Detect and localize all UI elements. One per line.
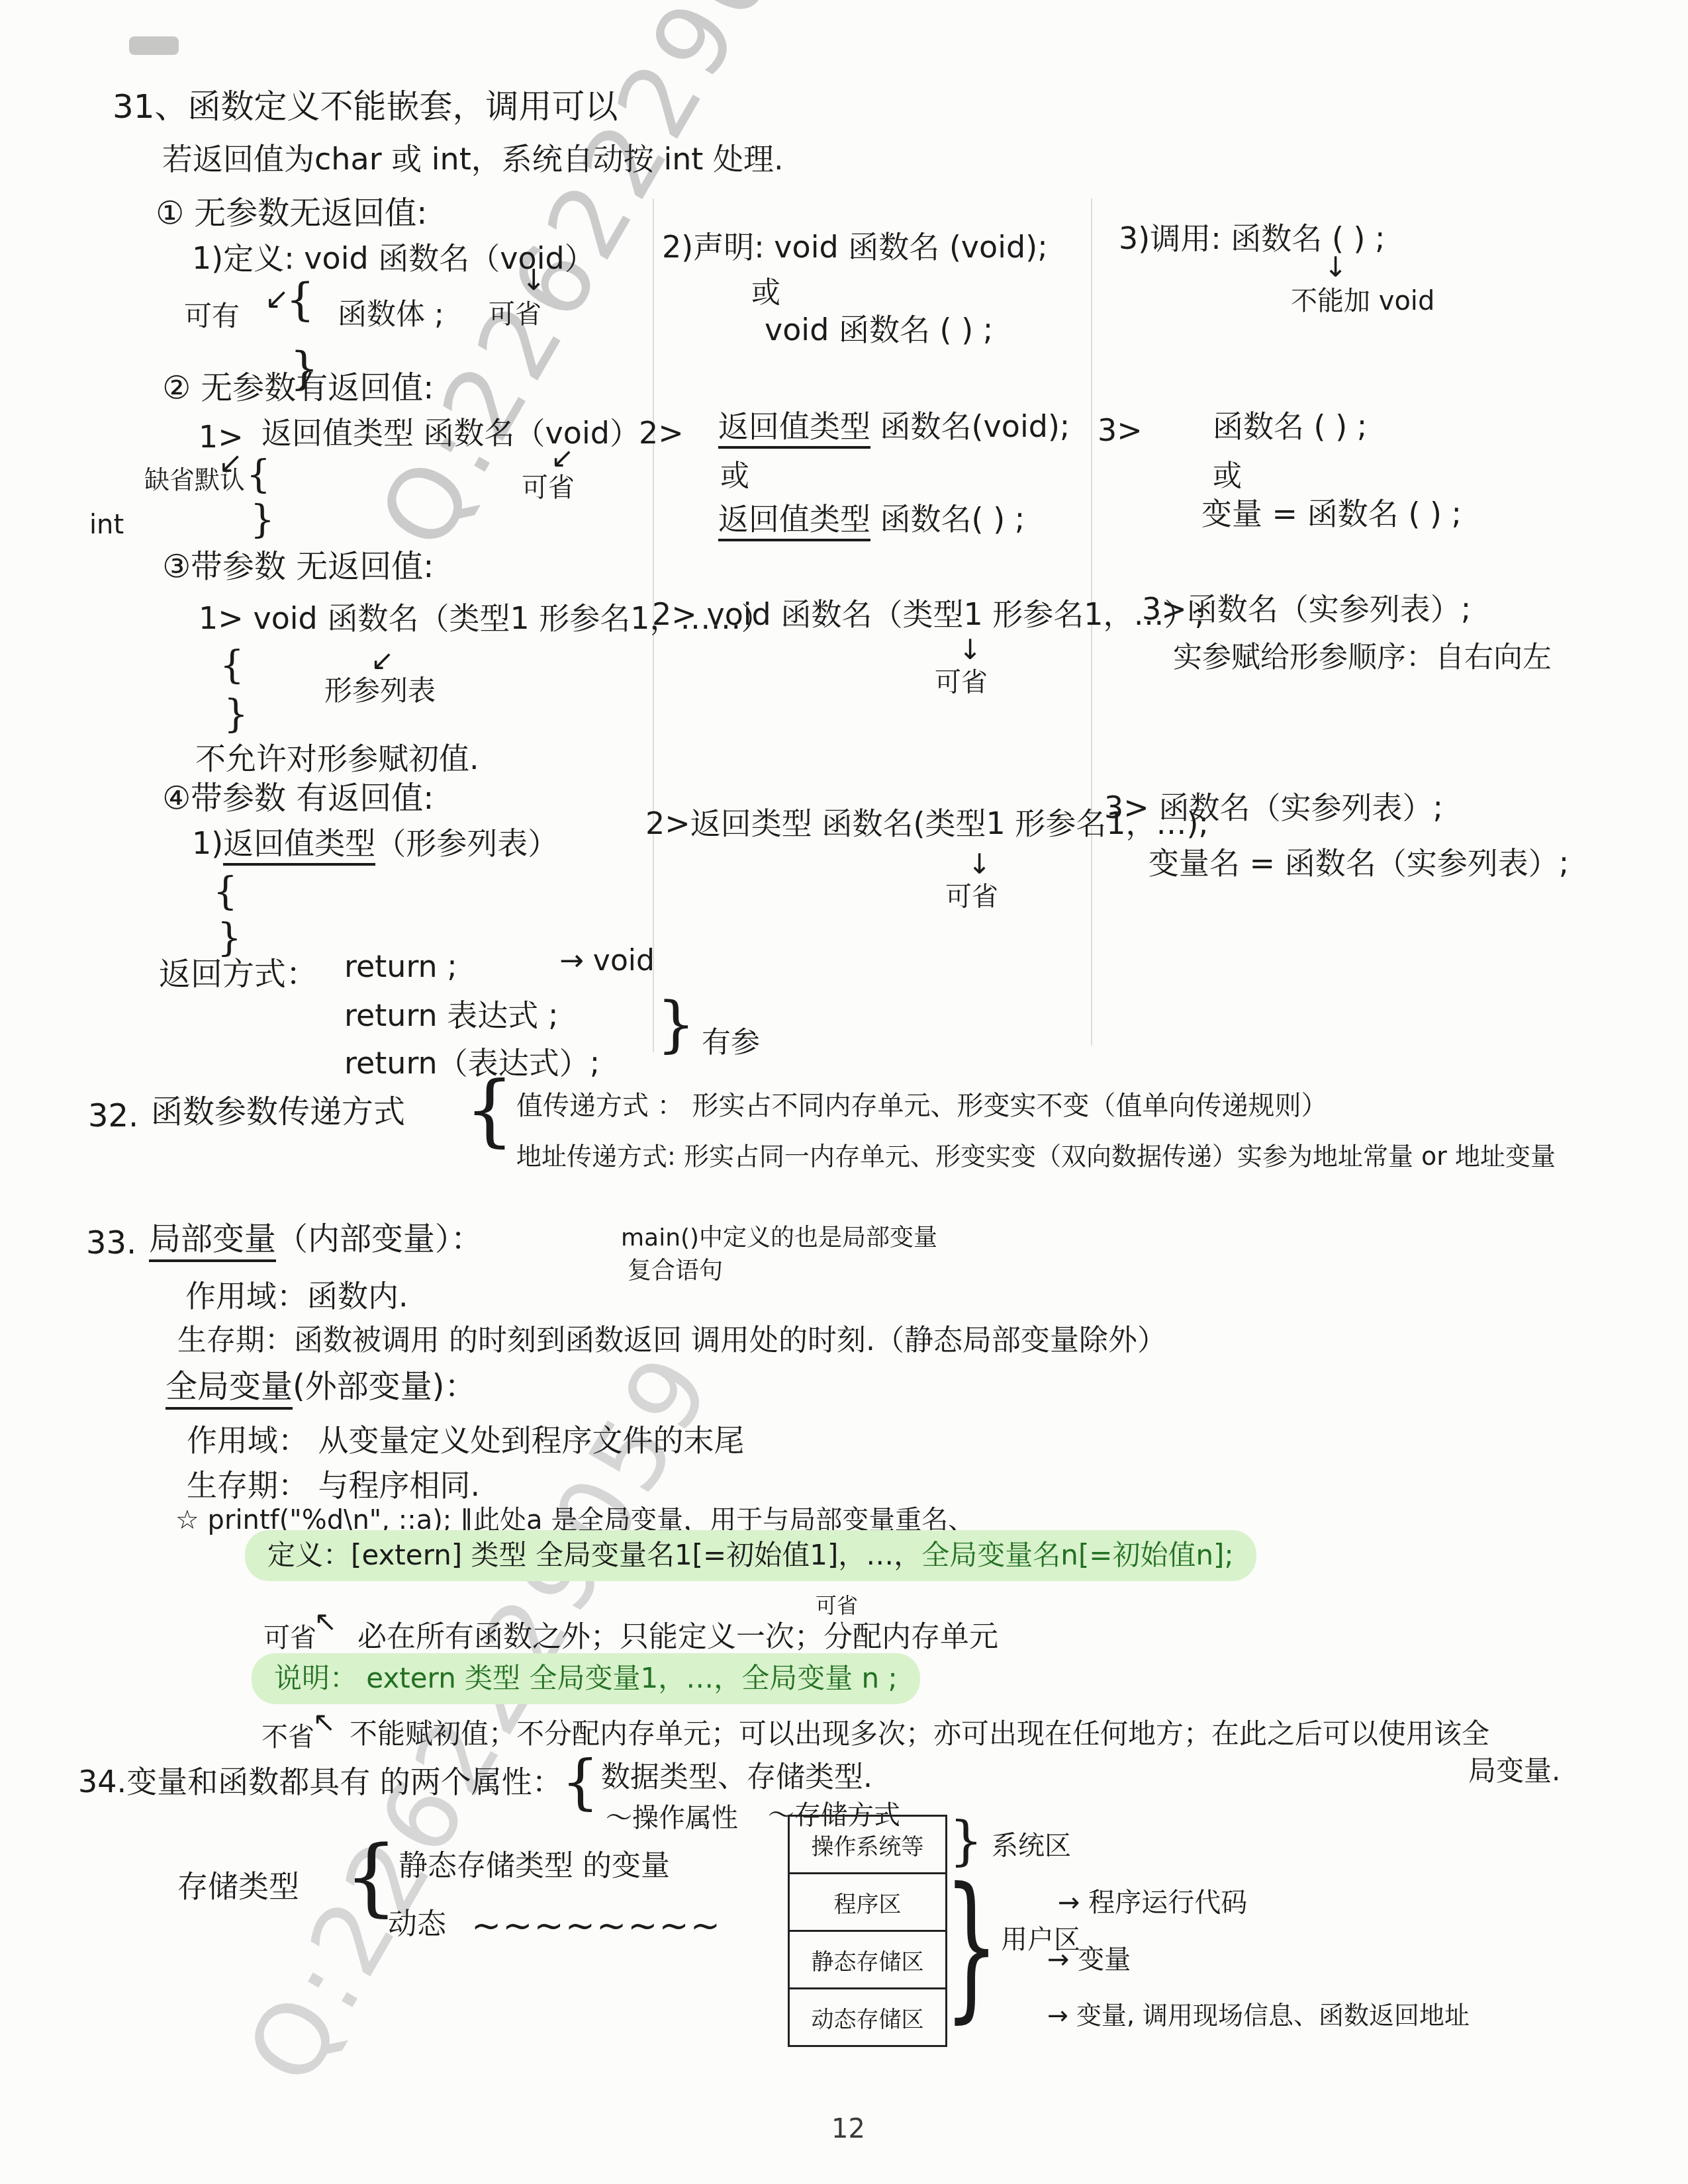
case2-declare-type2: 返回值类型: [718, 501, 870, 541]
case2-call-line1: 函数名 ( ) ;: [1213, 408, 1367, 446]
case2-brace-open: {: [246, 455, 271, 494]
case4-def-label: 1): [192, 825, 223, 861]
case2-heading: ② 无参数有返回值:: [162, 368, 434, 408]
memory-row-os: 操作系统等: [790, 1817, 945, 1874]
arrow-down-icon: ↓: [1324, 250, 1347, 285]
section34-title: 34.变量和函数都具有 的两个属性：: [78, 1763, 563, 1801]
case4-call-line2: 变量名 = 函数名（实参列表）;: [1149, 844, 1569, 883]
section34-attr2a: 〜操作属性: [606, 1801, 738, 1835]
system-area-label: 系统区: [992, 1829, 1071, 1862]
scanned-notes-page: { "page": { "number": "12", "watermark":…: [0, 0, 1688, 2184]
case3-declare: 2> void 函数名（类型1 形参名1，…）;: [652, 596, 1205, 634]
return-brace: }: [657, 994, 696, 1055]
highlight1-note-kesheng: 可省: [816, 1592, 858, 1619]
arrow-nw-icon: ↖: [312, 1705, 336, 1740]
section31-subtitle: 若返回值为char 或 int，系统自动按 int 处理.: [162, 140, 784, 179]
case4-def-rest: （形参列表）: [375, 825, 558, 861]
memory-row-program: 程序区: [790, 1874, 945, 1932]
return-brace-note: 有参: [702, 1024, 760, 1061]
section33-note-main: main()中定义的也是局部变量: [621, 1223, 937, 1253]
case3-call-line1: 3>函数名（实参列表）;: [1142, 590, 1471, 629]
extern-note-busheng: 不省: [261, 1721, 314, 1754]
section32-title: 函数参数传递方式: [151, 1092, 405, 1132]
user-area-brace: }: [944, 1868, 999, 2025]
arrow-down-icon: ↓: [959, 633, 982, 668]
case1-heading: ① 无参数无返回值:: [156, 193, 427, 233]
case2-declare-rest1: 函数名(void);: [870, 408, 1070, 444]
global-define-syntax-tail: 全局变量名n[=初始值n];: [921, 1539, 1233, 1571]
case2-note-int: int: [89, 508, 124, 541]
return-line1: return ;: [344, 948, 457, 986]
define-note: 必在所有函数之外；只能定义一次；分配内存单元: [357, 1619, 998, 1655]
global-variable-suffix: (外部变量)：: [293, 1368, 476, 1405]
case2-call-label: 3>: [1098, 412, 1143, 450]
case4-brace-close: }: [217, 919, 242, 957]
arrow-down-icon: ↓: [522, 262, 546, 298]
case2-note-kesheng: 可省: [522, 471, 575, 504]
case1-call-note: 不能加 void: [1291, 285, 1434, 318]
section33-number: 33.: [86, 1223, 136, 1263]
return-label: 返回方式：: [159, 954, 318, 994]
extern-note-wrap: 局变量.: [1468, 1754, 1560, 1789]
case1-declare-line2: void 函数名 ( ) ;: [765, 311, 993, 349]
case2-declare-line2: 返回值类型 函数名( ) ;: [718, 500, 1025, 539]
section34-brace: {: [561, 1752, 599, 1812]
return-line1-note: → void: [559, 942, 655, 979]
section33-global-scope: 作用域： 从变量定义处到程序文件的末尾: [187, 1422, 745, 1460]
case3-brace-open: {: [220, 646, 244, 684]
arrow-sw-icon: ↙: [551, 441, 574, 476]
case2-declare-line1: 返回值类型 函数名(void);: [718, 408, 1070, 446]
case2-declare-rest2: 函数名( ) ;: [870, 501, 1025, 537]
section33-local-lifetime: 生存期：函数被调用 的时刻到函数返回 调用处的时刻.（静态局部变量除外）: [177, 1322, 1166, 1359]
case1-declare-or: 或: [751, 275, 780, 311]
case2-note-default: 缺省默认: [144, 465, 245, 496]
case2-brace-close: }: [250, 500, 275, 539]
storage-dynamic-wavy: ~~~~~~~~: [471, 1903, 722, 1948]
section33-note-compound: 复合语句: [628, 1256, 723, 1286]
section32-number: 32.: [88, 1096, 138, 1136]
global-define-highlight: 定义：[extern] 类型 全局变量名1[=初始值1]，…，全局变量名n[=初…: [245, 1530, 1256, 1581]
case4-note-kesheng: 可省: [945, 880, 998, 913]
case3-heading: ③带参数 无返回值:: [162, 547, 434, 586]
case1-declare-line1: 2)声明: void 函数名 (void);: [662, 228, 1048, 267]
storage-type-label: 存储类型: [177, 1868, 299, 1906]
global-extern-highlight: 说明： extern 类型 全局变量1，…，全局变量 n ;: [252, 1653, 920, 1704]
memory-arrow-dynamic: → 变量, 调用现场信息、函数返回地址: [1047, 2000, 1470, 2032]
storage-dynamic-label: 动态: [388, 1906, 446, 1942]
section33-global-title: 全局变量(外部变量)：: [165, 1367, 476, 1406]
global-define-syntax: 定义：[extern] 类型 全局变量名1[=初始值1]，…，: [267, 1539, 921, 1571]
case3-brace-close: }: [224, 695, 248, 733]
memory-arrow-program: → 程序运行代码: [1058, 1886, 1247, 1919]
case1-body: 函数体 ;: [338, 296, 444, 333]
case3-note-kesheng: 可省: [935, 666, 988, 699]
global-variable-term: 全局变量: [165, 1368, 293, 1410]
page-number: 12: [831, 2113, 865, 2146]
case2-call-or: 或: [1213, 458, 1242, 494]
case4-heading: ④带参数 有返回值:: [162, 778, 434, 818]
section32-address-mode: 地址传递方式: 形实占同一内存单元、形变实变（双向数据传递）实参为地址常量 or…: [516, 1141, 1556, 1173]
case4-def-type: 返回值类型: [223, 825, 375, 866]
memory-row-static: 静态存储区: [790, 1932, 945, 1989]
case1-note-kesheng: 可省: [489, 298, 541, 331]
case2-declare-type1: 返回值类型: [718, 408, 870, 449]
section31-title: 31、函数定义不能嵌套，调用可以: [113, 86, 618, 128]
memory-diagram: 操作系统等 程序区 静态存储区 动态存储区: [788, 1815, 947, 2047]
return-line2: return 表达式 ;: [344, 997, 558, 1035]
memory-row-dynamic: 动态存储区: [790, 1989, 945, 2045]
case1-note-keyou: 可有: [184, 299, 240, 334]
define-note-kesheng: 可省: [263, 1621, 316, 1655]
storage-static-line: 静态存储类型 的变量: [399, 1848, 670, 1884]
watermark-qq-top: Q:2262229059: [357, 0, 868, 567]
arrow-nw-icon: ↖: [314, 1604, 337, 1639]
case2-declare-label: 2>: [639, 414, 684, 453]
section33-local-title: 局部变量（内部变量）：: [149, 1219, 483, 1259]
arrow-sw-icon: ↙: [371, 643, 394, 678]
memory-arrow-static: → 变量: [1047, 1943, 1131, 1976]
scan-smudge: [129, 36, 179, 55]
section32-brace: {: [465, 1071, 514, 1149]
case4-definition: 1)返回值类型（形参列表）: [192, 825, 558, 863]
case4-call-line1: 3> 函数名（实参列表）;: [1104, 789, 1443, 827]
case2-declare-or: 或: [720, 458, 749, 494]
arrow-down-icon: ↓: [968, 847, 991, 882]
case2-call-line2: 变量 = 函数名 ( ) ;: [1201, 495, 1462, 533]
local-variable-term: 局部变量: [149, 1220, 276, 1262]
section33-global-lifetime: 生存期： 与程序相同.: [187, 1467, 480, 1505]
case3-note-paramlist: 形参列表: [324, 674, 436, 709]
section34-attr1: 数据类型、存储类型.: [601, 1759, 872, 1796]
case4-brace-open: {: [213, 872, 238, 911]
extern-note: 不能赋初值；不分配内存单元；可以出现多次；亦可出现在任何地方；在此之后可以使用该…: [350, 1717, 1489, 1752]
case3-warning: 不允许对形参赋初值.: [195, 740, 479, 778]
section33-local-scope: 作用域：函数内.: [185, 1277, 408, 1316]
section32-value-mode: 值传递方式 ： 形实占不同内存单元、形变实不变（值单向传递规则）: [516, 1089, 1327, 1122]
case3-call-line2: 实参赋给形参顺序：自右向左: [1173, 639, 1552, 676]
case1-brace-open: {: [286, 278, 314, 323]
case2-def-code: 返回值类型 函数名（void）: [261, 414, 640, 453]
local-variable-suffix: （内部变量）：: [276, 1220, 483, 1257]
